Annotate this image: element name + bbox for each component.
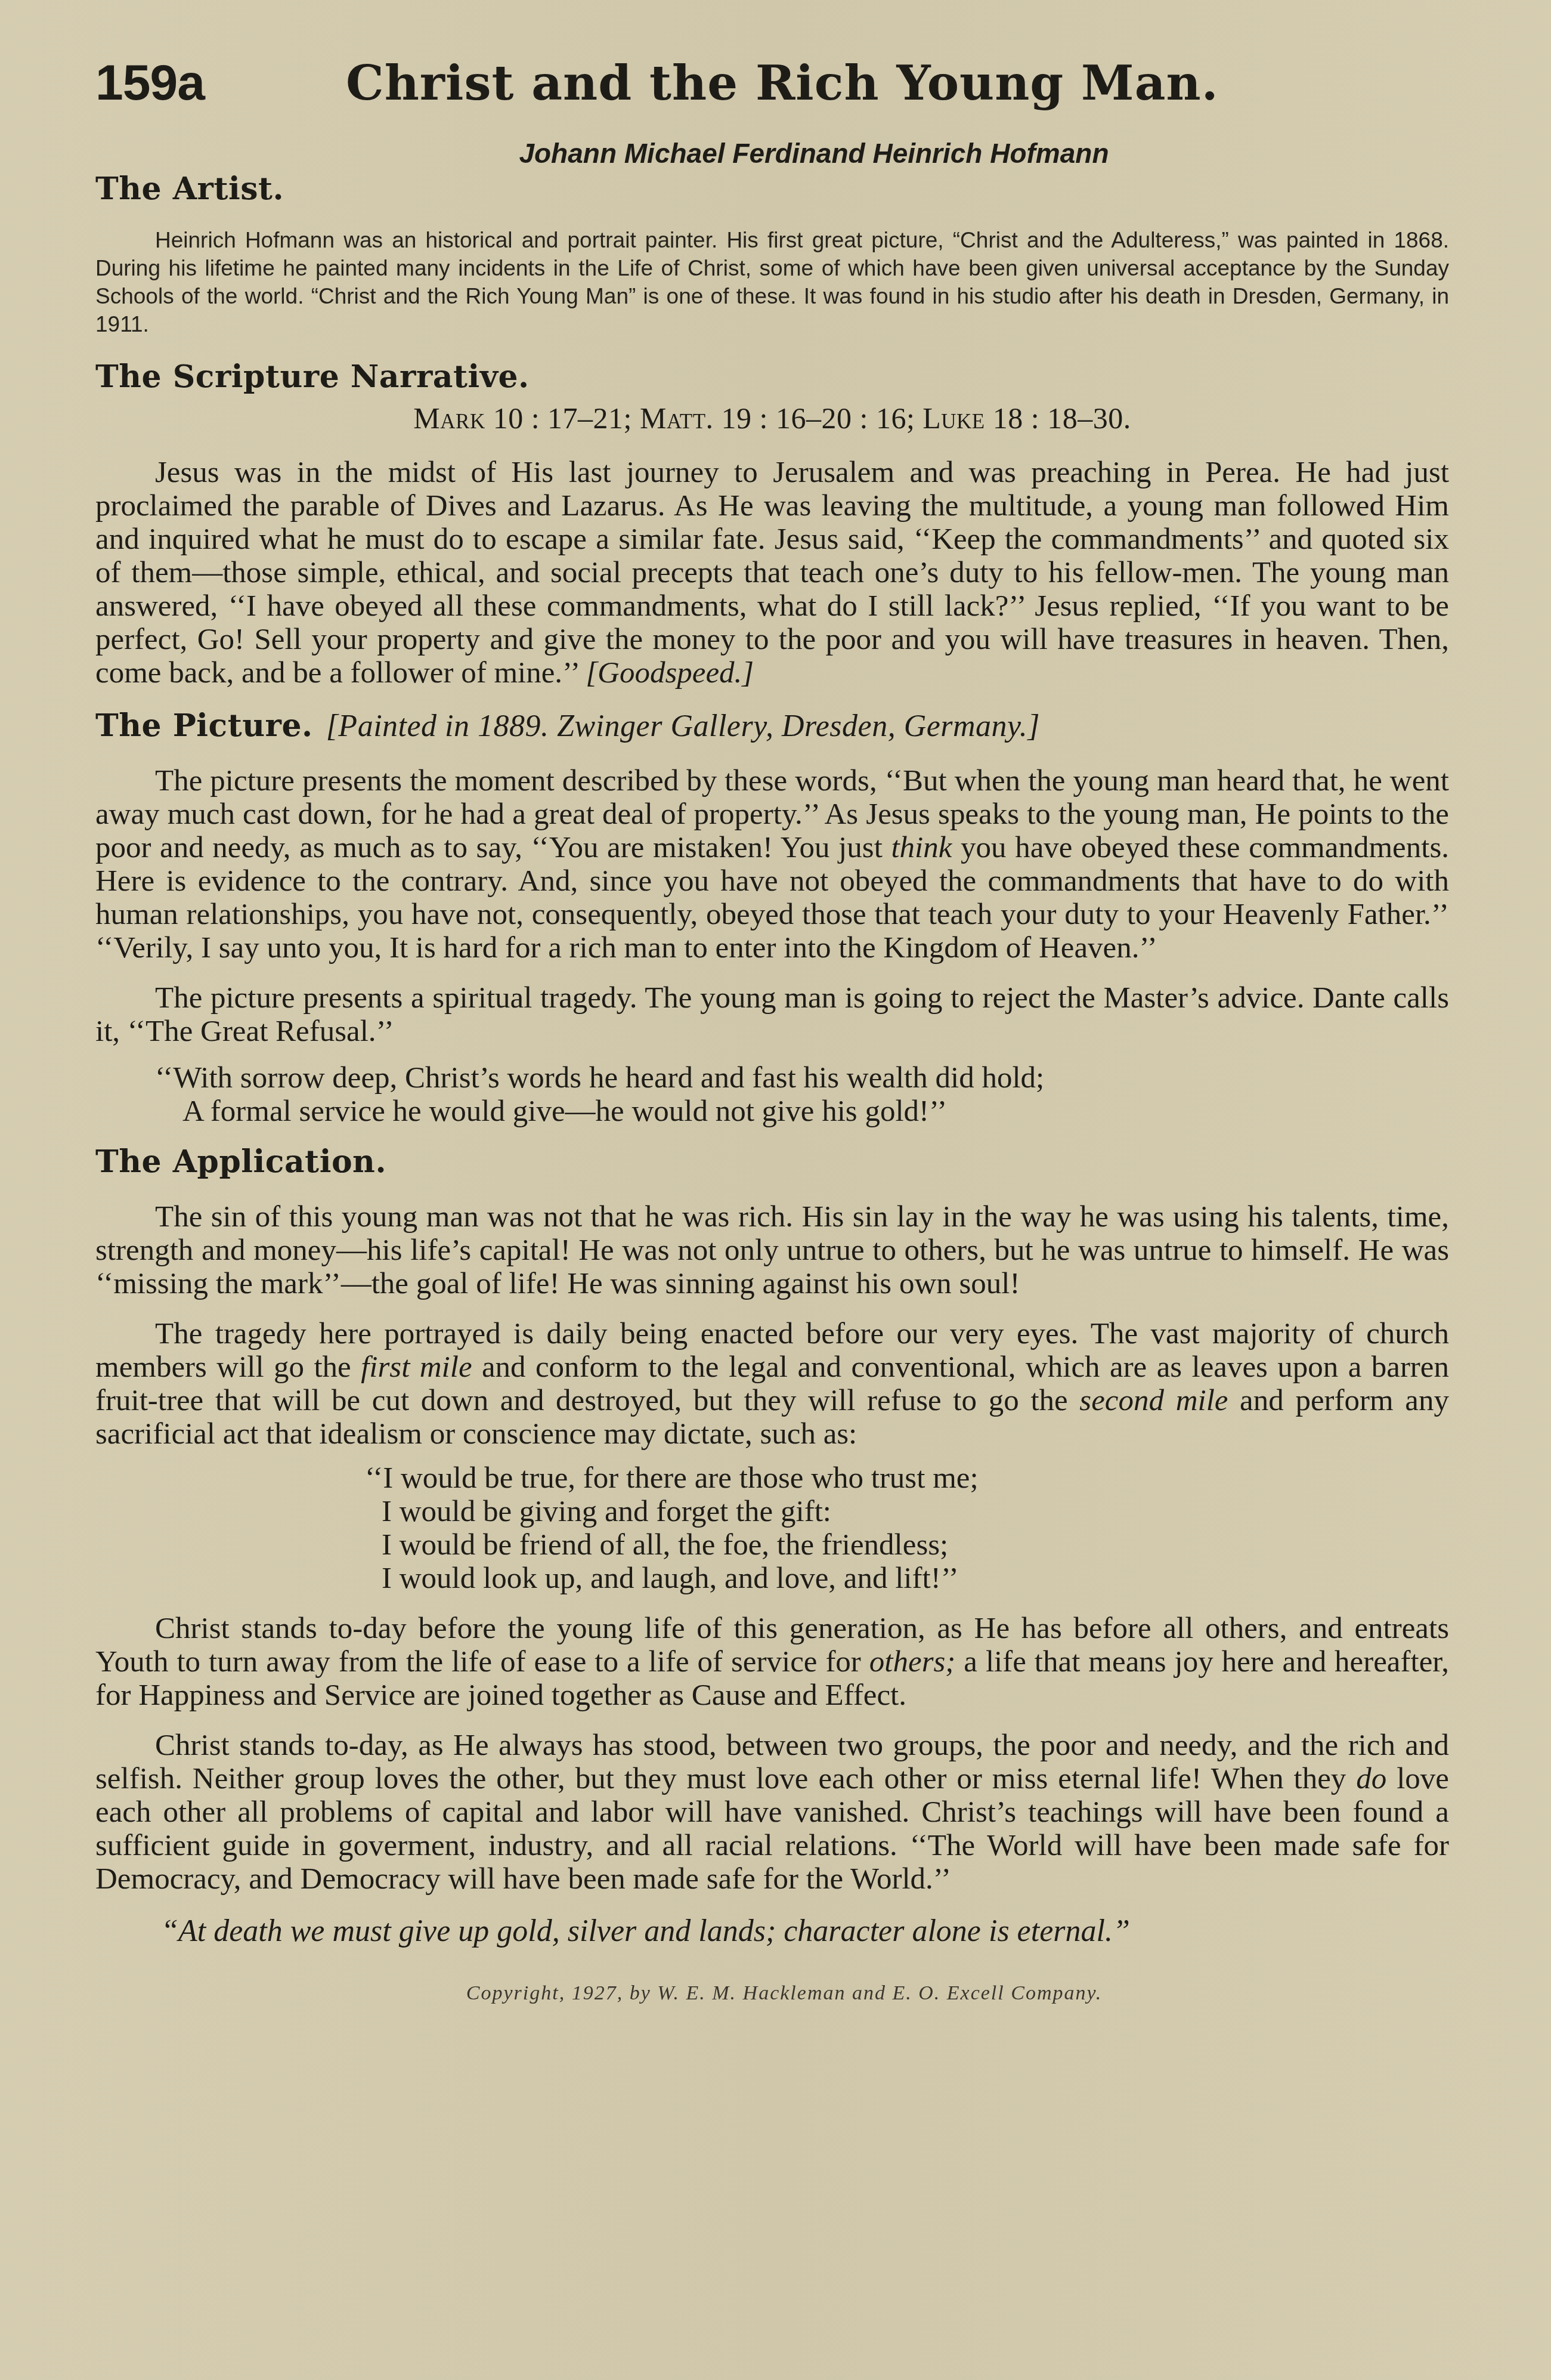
picture-paragraph-1: The picture presents the moment describe… [95,764,1449,965]
emphasis: think [891,831,952,864]
picture-note: [Painted in 1889. Zwinger Gallery, Dresd… [326,709,1040,743]
section-heading-picture: The Picture.[Painted in 1889. Zwinger Ga… [95,707,1449,744]
application-paragraph-4: Christ stands to-day, as He always has s… [95,1729,1449,1896]
picture-heading-label: The Picture. [95,707,313,744]
narrative-source: [Goodspeed.] [586,656,754,690]
poem-line: ‘‘I would be true, for there are those w… [365,1461,1449,1495]
picture-paragraph-2: The picture presents a spiritual tragedy… [95,981,1449,1048]
artist-biography: Heinrich Hofmann was an historical and p… [95,226,1449,338]
emphasis: second mile [1079,1384,1228,1417]
section-heading-application: The Application. [95,1143,1449,1180]
poem-quote: ‘‘I would be true, for there are those w… [365,1461,1449,1595]
emphasis: first mile [361,1350,472,1384]
copyright-notice: Copyright, 1927, by W. E. M. Hackleman a… [95,1982,1449,2005]
emphasis: do [1356,1762,1386,1795]
scripture-references: Mark 10 : 17–21; Matt. 19 : 16–20 : 16; … [95,401,1449,435]
document-page: 159a Christ and the Rich Young Man. Joha… [95,54,1449,2005]
artist-name: Johann Michael Ferdinand Heinrich Hofman… [95,137,1449,169]
poem-line: I would be friend of all, the foe, the f… [365,1528,1449,1562]
narrative-paragraph: Jesus was in the midst of His last journ… [95,456,1449,690]
page-title: Christ and the Rich Young Man. [346,55,1219,111]
closing-quote: “At death we must give up gold, silver a… [95,1914,1449,1949]
section-heading-narrative: The Scripture Narrative. [95,358,1449,395]
verse-line: A formal service he would give—he would … [155,1095,1449,1128]
text-run: Christ stands to-day, as He always has s… [95,1729,1449,1795]
narrative-text: Jesus was in the midst of His last journ… [95,456,1449,690]
title-row: 159a Christ and the Rich Young Man. [95,54,1449,125]
verse-line: ‘‘With sorrow deep, Christ’s words he he… [155,1061,1449,1095]
page-number: 159a [95,54,346,112]
application-paragraph-2: The tragedy here portrayed is daily bein… [95,1317,1449,1451]
poem-line: I would be giving and forget the gift: [365,1495,1449,1528]
verse-quote: ‘‘With sorrow deep, Christ’s words he he… [155,1061,1449,1128]
poem-line: I would look up, and laugh, and love, an… [365,1562,1449,1595]
section-heading-artist: The Artist. [95,171,1449,207]
emphasis: others; [869,1645,955,1679]
application-paragraph-3: Christ stands to-day before the young li… [95,1612,1449,1712]
application-paragraph-1: The sin of this young man was not that h… [95,1200,1449,1300]
